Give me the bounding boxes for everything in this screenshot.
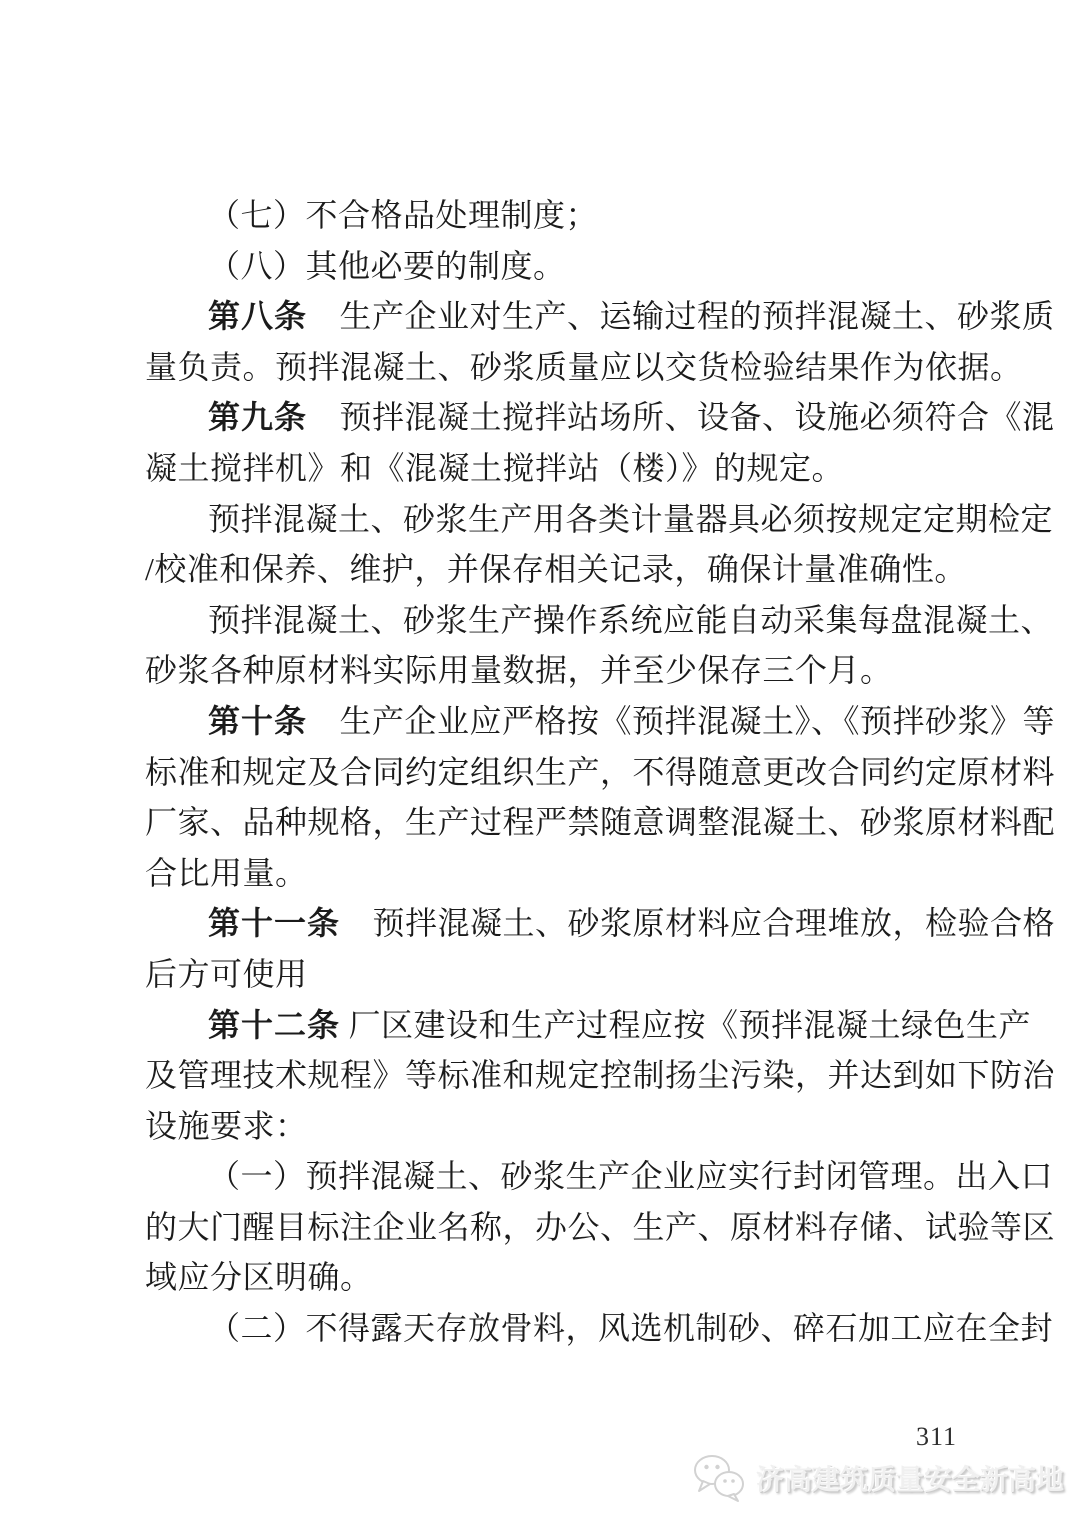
line-text: 预拌混凝土、砂浆原材料应合理堆放，检验合格 [340,905,1055,941]
line-text: 域应分区明确。 [145,1259,373,1295]
text-line: 预拌混凝土、砂浆生产操作系统应能自动采集每盘混凝土、 [145,595,960,646]
wechat-watermark: 济高建筑质量安全新高地 [692,1450,1064,1506]
watermark-text: 济高建筑质量安全新高地 [756,1458,1064,1498]
article-number: 第十二条 [208,1007,340,1043]
document-page: （七）不合格品处理制度；（八）其他必要的制度。第八条 生产企业对生产、运输过程的… [0,0,1080,1527]
wechat-icon [692,1453,746,1503]
text-line: （二）不得露天存放骨料，风选机制砂、碎石加工应在全封 [145,1303,960,1354]
line-text: 标准和规定及合同约定组织生产，不得随意更改合同约定原材料 [145,754,1055,790]
line-text: 生产企业应严格按《预拌混凝土》、《预拌砂浆》等 [307,703,1055,739]
text-line: （八）其他必要的制度。 [145,241,960,292]
text-line: 标准和规定及合同约定组织生产，不得随意更改合同约定原材料 [145,747,960,798]
text-line: 第十条 生产企业应严格按《预拌混凝土》、《预拌砂浆》等 [145,696,960,747]
text-line: 砂浆各种原材料实际用量数据，并至少保存三个月。 [145,645,960,696]
line-text: 的大门醒目标注企业名称，办公、生产、原材料存储、试验等区 [145,1209,1055,1245]
line-text: 预拌混凝土、砂浆生产用各类计量器具必须按规定定期检定 [208,501,1053,537]
line-text: 后方可使用 [145,956,308,992]
article-number: 第十条 [208,703,307,739]
text-line: /校准和保养、维护，并保存相关记录，确保计量准确性。 [145,544,960,595]
line-text: 厂区建设和生产过程应按《预拌混凝土绿色生产 [340,1007,1031,1043]
text-line: 的大门醒目标注企业名称，办公、生产、原材料存储、试验等区 [145,1202,960,1253]
text-line: 域应分区明确。 [145,1252,960,1303]
text-line: 凝土搅拌机》和《混凝土搅拌站（楼）》的规定。 [145,443,960,494]
line-text: （七）不合格品处理制度； [208,197,598,233]
line-text: 合比用量。 [145,855,308,891]
article-number: 第八条 [208,298,307,334]
text-line: 第八条 生产企业对生产、运输过程的预拌混凝土、砂浆质 [145,291,960,342]
line-text: 及管理技术规程》等标准和规定控制扬尘污染，并达到如下防治 [145,1057,1055,1093]
text-line: （一）预拌混凝土、砂浆生产企业应实行封闭管理。出入口 [145,1151,960,1202]
text-line: 预拌混凝土、砂浆生产用各类计量器具必须按规定定期检定 [145,494,960,545]
line-text: 量负责。预拌混凝土、砂浆质量应以交货检验结果作为依据。 [145,349,1023,385]
line-text: 预拌混凝土搅拌站场所、设备、设施必须符合《混 [307,399,1055,435]
text-line: 合比用量。 [145,848,960,899]
text-line: 量负责。预拌混凝土、砂浆质量应以交货检验结果作为依据。 [145,342,960,393]
line-text: （八）其他必要的制度。 [208,248,566,284]
page-number: 311 [916,1422,957,1452]
article-number: 第十一条 [208,905,340,941]
line-text: （二）不得露天存放骨料，风选机制砂、碎石加工应在全封 [208,1310,1053,1346]
text-line: 第十一条 预拌混凝土、砂浆原材料应合理堆放，检验合格 [145,898,960,949]
line-text: /校准和保养、维护，并保存相关记录，确保计量准确性。 [145,551,967,587]
text-line: 及管理技术规程》等标准和规定控制扬尘污染，并达到如下防治 [145,1050,960,1101]
text-line: 后方可使用 [145,949,960,1000]
text-line: 设施要求： [145,1101,960,1152]
text-line: 第九条 预拌混凝土搅拌站场所、设备、设施必须符合《混 [145,392,960,443]
line-text: 厂家、品种规格，生产过程严禁随意调整混凝土、砂浆原材料配 [145,804,1055,840]
article-number: 第九条 [208,399,307,435]
line-text: 砂浆各种原材料实际用量数据，并至少保存三个月。 [145,652,893,688]
text-line: 厂家、品种规格，生产过程严禁随意调整混凝土、砂浆原材料配 [145,797,960,848]
document-body: （七）不合格品处理制度；（八）其他必要的制度。第八条 生产企业对生产、运输过程的… [145,190,960,1354]
line-text: （一）预拌混凝土、砂浆生产企业应实行封闭管理。出入口 [208,1158,1053,1194]
line-text: 生产企业对生产、运输过程的预拌混凝土、砂浆质 [307,298,1055,334]
text-line: 第十二条 厂区建设和生产过程应按《预拌混凝土绿色生产 [145,1000,960,1051]
text-line: （七）不合格品处理制度； [145,190,960,241]
line-text: 设施要求： [145,1108,308,1144]
line-text: 预拌混凝土、砂浆生产操作系统应能自动采集每盘混凝土、 [208,602,1053,638]
line-text: 凝土搅拌机》和《混凝土搅拌站（楼）》的规定。 [145,450,844,486]
